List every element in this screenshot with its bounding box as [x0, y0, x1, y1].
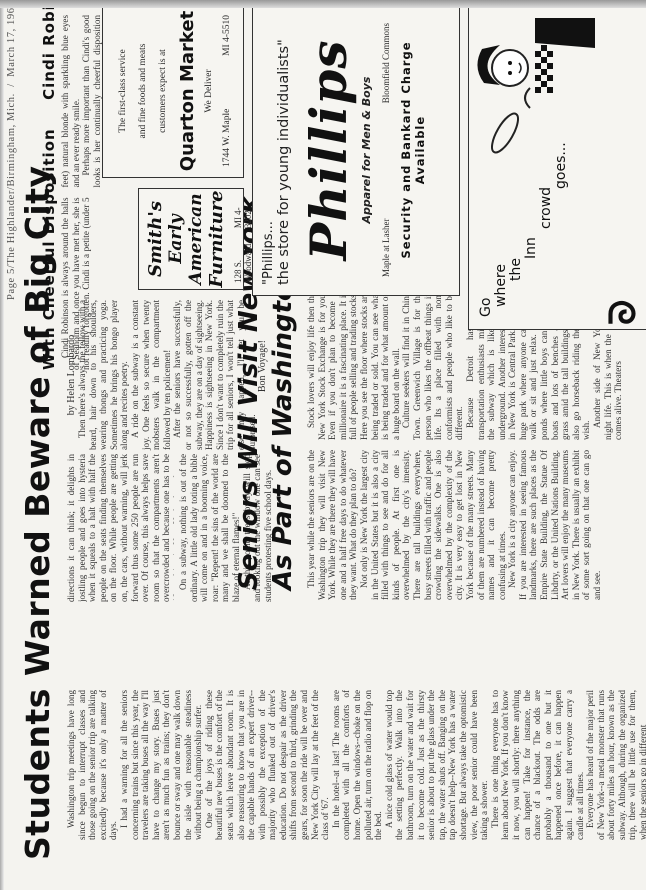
- page-folio: Page 5/The Highlander/Birmingham, Mich. …: [6, 2, 17, 300]
- phillips-subtitle: Apparel for Men & Boys: [360, 5, 373, 295]
- phillips-location-right: Bloomfield Commons: [381, 23, 391, 103]
- folio-text: Page 5/The Highlander/Birmingham, Mich.: [6, 93, 17, 300]
- quarton-phone: MI 4-5510: [222, 15, 232, 56]
- headline-cindi-part-1: Cindi Robinson Appears: [40, 0, 58, 100]
- headline-cindi-part-2: With Cheerful Disposition: [40, 128, 58, 370]
- page-edge-shadow: [0, 0, 4, 890]
- big-city-column-3-text: Then there's always the fellow with a be…: [77, 300, 257, 450]
- scan-frame: Page 5/The Highlander/Birmingham, Mich. …: [0, 0, 646, 890]
- inn-word-4: Inn: [524, 142, 539, 317]
- paragraph: A nice cold glass of water would top the…: [384, 690, 490, 840]
- paragraph: There is one thing everyone has to learn…: [490, 690, 585, 840]
- quarton-address: 1744 W. Maple: [222, 109, 232, 167]
- ad-quarton-market[interactable]: The first-class service and fine foods a…: [102, 4, 244, 178]
- paragraph: Everyone has heard of the major peril of…: [585, 690, 646, 840]
- ad-smiths-furniture[interactable]: Smith's Early American Furniture 128 S. …: [138, 188, 244, 290]
- waiter-cartoon-icon: [475, 13, 595, 163]
- inn-word-1: Go: [479, 142, 494, 317]
- ad-inn[interactable]: Go where the Inn crowd goes... ᘐ: [468, 4, 646, 330]
- paragraph: New York is a city anyone can enjoy. If …: [507, 450, 602, 600]
- paragraph: This year while the seniors are on the W…: [306, 450, 359, 600]
- inn-slogan: Go where the Inn crowd goes...: [479, 142, 569, 317]
- smiths-name-line-1: Smith's: [145, 189, 166, 289]
- phillips-footer: Security and Bankard Charge Available: [399, 5, 427, 295]
- smiths-address: 128 S. Woodward: [233, 228, 253, 283]
- big-city-column-1: Washington trip meetings have long since…: [66, 690, 646, 840]
- paragraph: Stock lovers will enjoy life then the Ne…: [306, 292, 401, 440]
- paragraph: Not only is New York the largest city in…: [359, 450, 507, 600]
- big-city-column-2: directions it can think; it delights in …: [66, 454, 174, 602]
- newspaper-page: Page 5/The Highlander/Birmingham, Mich. …: [0, 0, 646, 890]
- headline-cindi: With Cheerful Disposition Cindi Robinson…: [40, 0, 58, 370]
- paragraph: Washington trip meetings have long since…: [66, 690, 119, 840]
- paragraph: One of the joys of riding these beautifu…: [204, 690, 331, 840]
- paragraph: In the hotel--at last! The rooms are com…: [331, 690, 384, 840]
- phillips-logo: Phillips: [298, 5, 360, 295]
- page-edge-shadow-right: [0, 0, 646, 8]
- inn-logo-icon: ᘐ: [603, 300, 645, 325]
- quarton-copy: The first-class service and fine foods a…: [113, 5, 173, 177]
- quarton-line-1: The first-class service: [113, 5, 133, 177]
- phillips-location-left: Maple at Lasher: [381, 219, 391, 277]
- smiths-phone: MI 4-3202: [233, 195, 253, 228]
- inn-word-3: the: [509, 142, 524, 317]
- smiths-contact: 128 S. Woodward MI 4-3202: [227, 189, 253, 289]
- washington-column-1: This year while the seniors are on the W…: [306, 450, 603, 600]
- phillips-intro: "Phillips...: [253, 5, 276, 295]
- smiths-name-line-2: Early American: [166, 189, 206, 289]
- paragraph: A ride on the subway is a constant joy. …: [130, 300, 172, 450]
- paragraph: directions it can think; it delights in …: [66, 454, 174, 602]
- phillips-slogan: the store for young individualists": [276, 5, 292, 295]
- folio-separator: /: [6, 80, 17, 90]
- quarton-name: Quarton Market: [177, 5, 198, 177]
- inn-word-5: crowd: [539, 142, 554, 317]
- inn-word-6: goes...: [554, 142, 569, 317]
- cindi-body: Cindi Robinson is always around the hall…: [60, 15, 104, 370]
- inn-word-2: where: [494, 142, 509, 317]
- phillips-locations: Maple at Lasher Bloomfield Commons: [373, 5, 391, 295]
- quarton-tagline: We Deliver: [204, 5, 214, 177]
- smiths-name-line-3: Furniture: [206, 189, 227, 289]
- folio-date: March 17, 1967: [6, 2, 17, 77]
- quarton-line-3: customers expect is at: [153, 5, 173, 177]
- paragraph: Culture seekers will find it in China To…: [401, 292, 465, 440]
- quarton-line-2: and fine foods and meats: [133, 5, 153, 177]
- ad-phillips[interactable]: "Phillips... the store for young individ…: [252, 4, 460, 296]
- quarton-contact: 1744 W. Maple MI 4-5510: [214, 5, 232, 177]
- paragraph: I had a warning for all the seniors conc…: [119, 690, 204, 840]
